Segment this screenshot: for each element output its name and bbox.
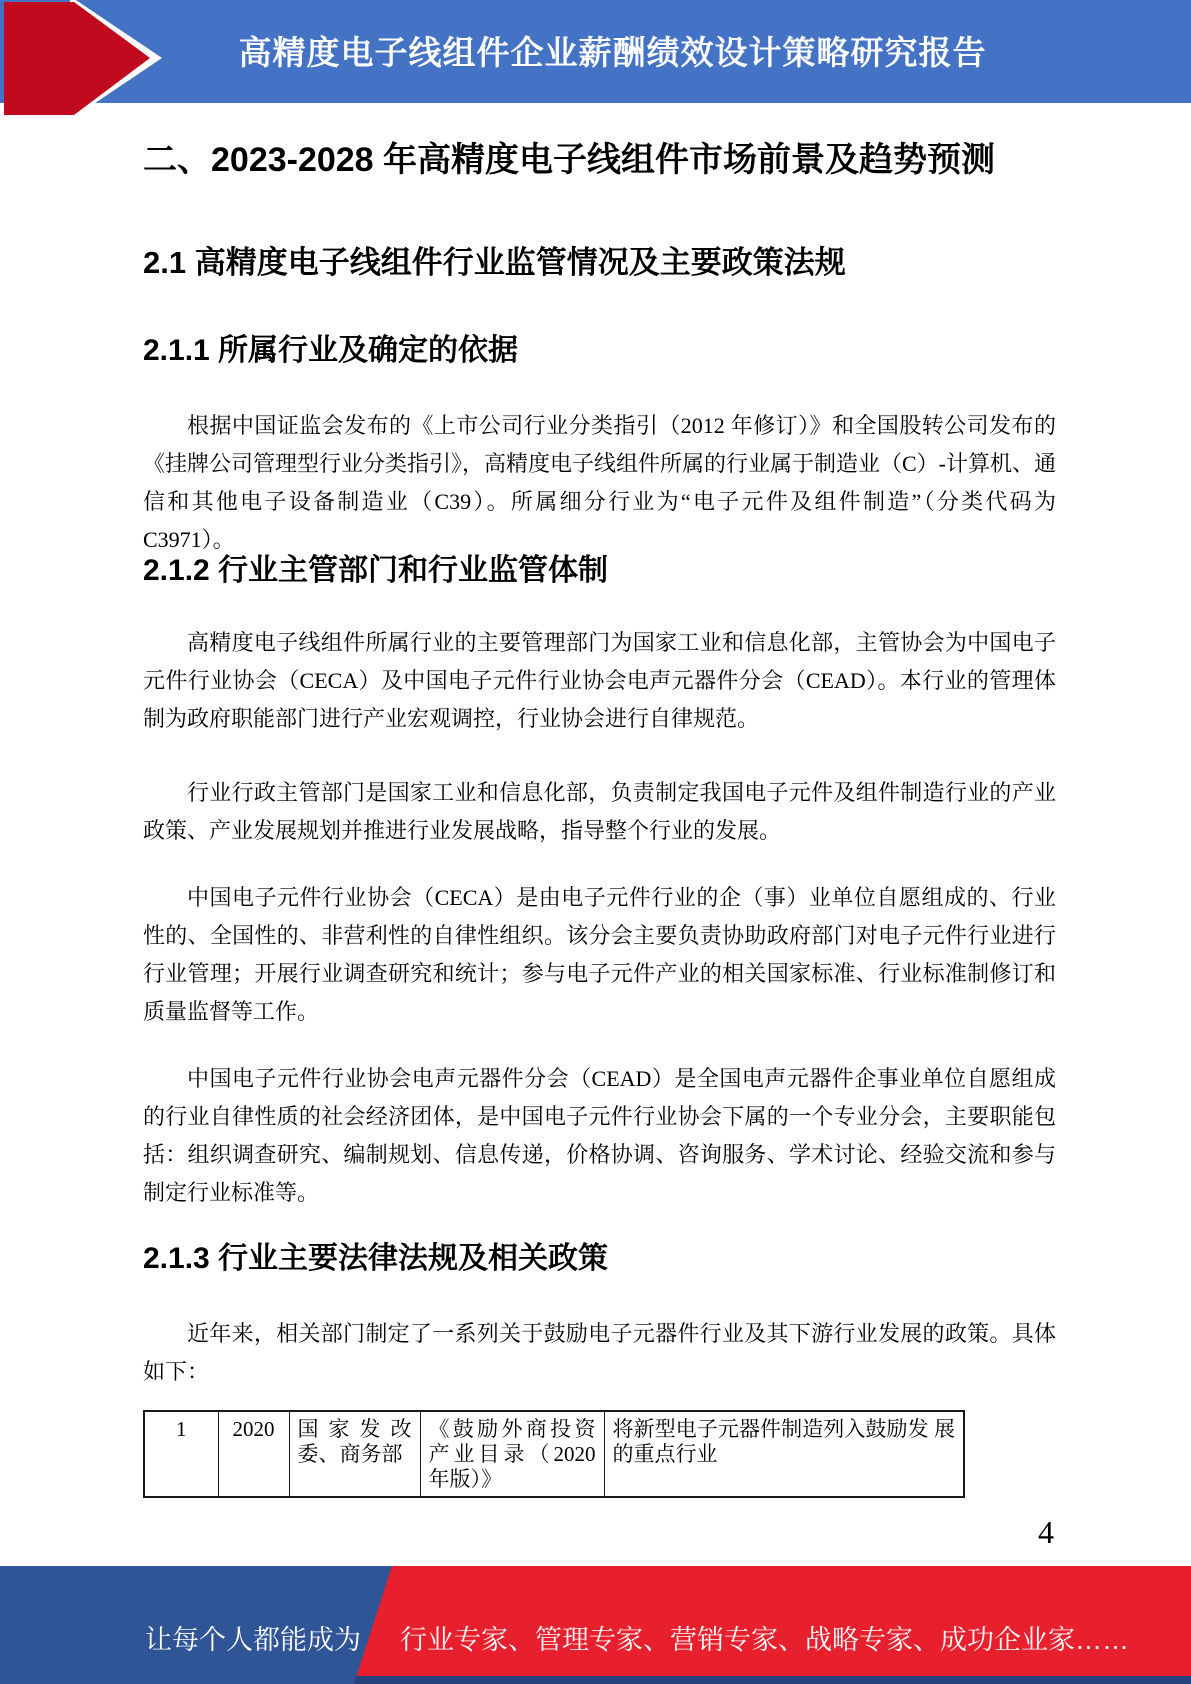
document-page: 高精度电子线组件企业薪酬绩效设计策略研究报告 二、2023-2028 年高精度电…	[0, 0, 1191, 1684]
paragraph-cead: 中国电子元件行业协会电声元器件分会（CEAD）是全国电声元器件企事业单位自愿组成…	[143, 1060, 1056, 1212]
table-cell-year: 2020	[218, 1411, 289, 1497]
policy-table: 1 2020 国家发改委、商务部 《鼓励外商投资产业目录（2020 年版）》 将…	[143, 1410, 965, 1498]
paragraph-industry-classification: 根据中国证监会发布的《上市公司行业分类指引（2012 年修订）》和全国股转公司发…	[143, 407, 1056, 559]
footer-slogan-right: 行业专家、管理专家、营销专家、战略专家、成功企业家……	[400, 1624, 1180, 1656]
footer: 让每个人都能成为 行业专家、管理专家、营销专家、战略专家、成功企业家……	[0, 1566, 1191, 1684]
table-cell-index: 1	[144, 1411, 218, 1497]
subsection-heading-2-1-1: 2.1.1 所属行业及确定的依据	[143, 333, 1056, 368]
page-number: 4	[1026, 1514, 1066, 1551]
subsection-heading-2-1-3: 2.1.3 行业主要法律法规及相关政策	[143, 1241, 1056, 1276]
paragraph-ministry-role: 行业行政主管部门是国家工业和信息化部，负责制定我国电子元件及组件制造行业的产业政…	[143, 774, 1056, 850]
table-cell-issuer: 国家发改委、商务部	[289, 1411, 420, 1497]
footer-slogan-left: 让每个人都能成为	[145, 1624, 355, 1656]
paragraph-regulators: 高精度电子线组件所属行业的主要管理部门为国家工业和信息化部，主管协会为中国电子元…	[143, 624, 1056, 738]
table-cell-policy-name: 《鼓励外商投资产业目录（2020 年版）》	[420, 1411, 604, 1497]
chapter-heading: 二、2023-2028 年高精度电子线组件市场前景及趋势预测	[143, 140, 1056, 180]
table-cell-policy-content: 将新型电子元器件制造列入鼓励发 展的重点行业	[604, 1411, 964, 1497]
table-row: 1 2020 国家发改委、商务部 《鼓励外商投资产业目录（2020 年版）》 将…	[144, 1411, 964, 1497]
section-heading-2-1: 2.1 高精度电子线组件行业监管情况及主要政策法规	[143, 245, 1056, 281]
report-title: 高精度电子线组件企业薪酬绩效设计策略研究报告	[0, 34, 1191, 72]
footer-bottom-strip	[330, 1676, 1191, 1684]
subsection-heading-2-1-2: 2.1.2 行业主管部门和行业监管体制	[143, 553, 1056, 588]
paragraph-policies-intro: 近年来，相关部门制定了一系列关于鼓励电子元器件行业及其下游行业发展的政策。具体如…	[143, 1315, 1056, 1391]
paragraph-ceca: 中国电子元件行业协会（CECA）是由电子元件行业的企（事）业单位自愿组成的、行业…	[143, 879, 1056, 1031]
